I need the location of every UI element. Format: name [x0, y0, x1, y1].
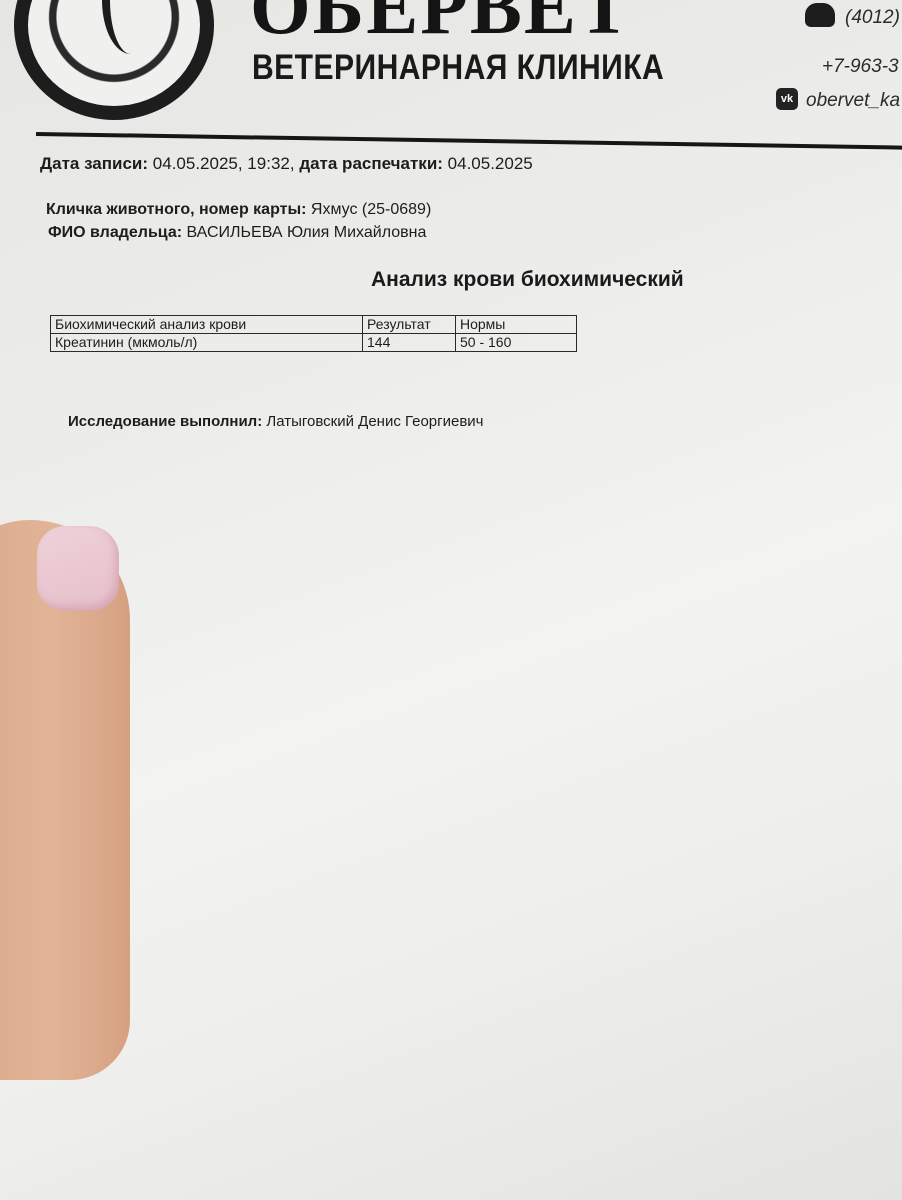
- results-table: Биохимический анализ крови Результат Нор…: [50, 315, 577, 352]
- paper-sheet: ОБЕРВЕТ ВЕТЕРИНАРНАЯ КЛИНИКА (4012) +7-9…: [0, 0, 902, 1200]
- test-name-cell: Креатинин (мкмоль/л): [51, 334, 363, 352]
- print-date-label: дата распечатки:: [299, 154, 443, 173]
- print-date-value: 04.05.2025: [448, 154, 533, 173]
- pet-label: Кличка животного, номер карты:: [46, 201, 306, 218]
- norm-cell: 50 - 160: [456, 334, 577, 352]
- owner-line: ФИО владельца: ВАСИЛЬЕВА Юлия Михайловна: [48, 224, 426, 242]
- clinic-subtitle: ВЕТЕРИНАРНАЯ КЛИНИКА: [252, 48, 664, 88]
- thumbnail: [37, 526, 119, 610]
- column-header-norms: Нормы: [456, 316, 577, 334]
- performer-label: Исследование выполнил:: [68, 413, 262, 430]
- clinic-brand: ОБЕРВЕТ: [250, 0, 632, 52]
- analysis-title: Анализ крови биохимический: [371, 268, 684, 292]
- table-header-row: Биохимический анализ крови Результат Нор…: [51, 316, 577, 334]
- clinic-phone-1: (4012): [845, 7, 900, 29]
- pet-value: Яхмус (25-0689): [311, 201, 431, 218]
- logo-cat-icon: [102, 0, 150, 54]
- phone-icon: [805, 3, 835, 27]
- performer-line: Исследование выполнил: Латыговский Денис…: [68, 413, 484, 430]
- record-date-line: Дата записи: 04.05.2025, 19:32, дата рас…: [40, 154, 533, 174]
- clinic-phone-2: +7-963-3: [822, 56, 899, 78]
- clinic-logo: [14, 0, 214, 120]
- header-divider: [36, 132, 902, 150]
- record-date-value: 04.05.2025, 19:32,: [153, 154, 295, 173]
- column-header-result: Результат: [363, 316, 456, 334]
- vk-icon: vk: [776, 88, 798, 110]
- column-header-test: Биохимический анализ крови: [51, 316, 363, 334]
- owner-value: ВАСИЛЬЕВА Юлия Михайловна: [187, 224, 427, 241]
- pet-line: Кличка животного, номер карты: Яхмус (25…: [46, 201, 431, 219]
- result-cell: 144: [363, 334, 456, 352]
- clinic-vk-handle: obervet_ka: [806, 90, 900, 112]
- owner-label: ФИО владельца:: [48, 224, 182, 241]
- record-date-label: Дата записи:: [40, 154, 148, 173]
- performer-name: Латыговский Денис Георгиевич: [266, 413, 483, 430]
- table-row: Креатинин (мкмоль/л) 144 50 - 160: [51, 334, 577, 352]
